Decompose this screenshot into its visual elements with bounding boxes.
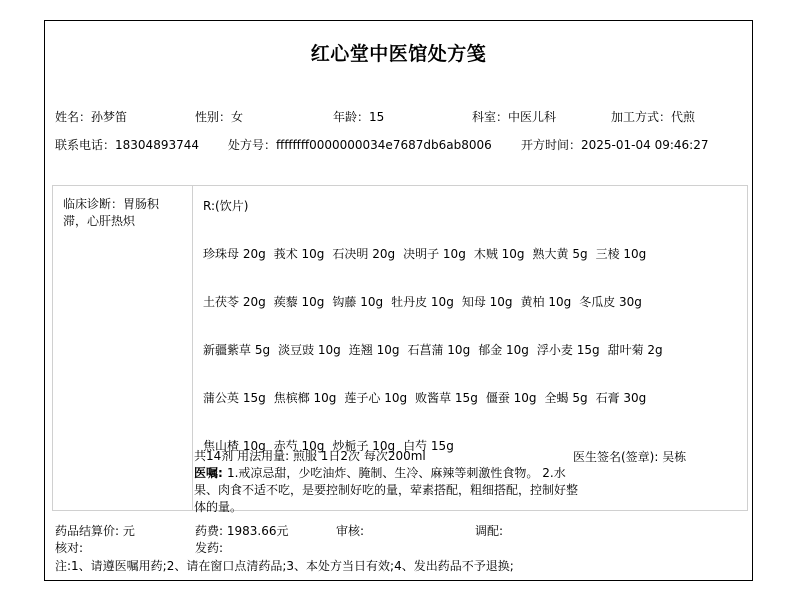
herb-item: 知母 10g [462, 294, 513, 310]
diagnosis-cell: 临床诊断：胃肠积滞，心肝热炽 [53, 186, 193, 510]
herb-item: 珍珠母 20g [203, 246, 266, 262]
patient-name: 姓名：孙梦笛 [55, 109, 127, 125]
herb-row-2: 土茯苓 20g蒺藜 10g钩藤 10g牡丹皮 10g知母 10g黄柏 10g冬瓜… [203, 294, 650, 310]
herb-item: 郁金 10g [478, 342, 529, 358]
herb-row-1: 珍珠母 20g莪术 10g石决明 20g决明子 10g木贼 10g熟大黄 5g三… [203, 246, 654, 262]
prescription-sheet: 红心堂中医馆处方笺 姓名：孙梦笛 性别：女 年龄：15 科室：中医儿科 加工方式… [44, 20, 753, 581]
herb-item: 石膏 30g [596, 390, 647, 406]
herb-item: 新疆紫草 5g [203, 342, 270, 358]
herb-item: 淡豆豉 10g [278, 342, 341, 358]
herb-item: 石菖蒲 10g [407, 342, 470, 358]
prescription-time: 开方时间：2025-01-04 09:46:27 [521, 137, 708, 153]
dispense-field: 调配: [475, 523, 503, 539]
herb-item: 全蝎 5g [545, 390, 588, 406]
herb-item: 黄柏 10g [521, 294, 572, 310]
drug-fee: 药费: 1983.66元 [195, 523, 288, 539]
herb-item: 僵蚕 10g [486, 390, 537, 406]
herb-item: 钩藤 10g [332, 294, 383, 310]
herb-item: 甜叶菊 2g [608, 342, 663, 358]
patient-gender: 性别：女 [195, 109, 243, 125]
herb-item: 木贼 10g [474, 246, 525, 262]
usage-dosage: 共14剂 用法用量: 煎服 1日2次 每次200ml [194, 448, 594, 465]
process-method: 加工方式：代煎 [611, 109, 695, 125]
herb-item: 蒺藜 10g [274, 294, 325, 310]
settlement-price: 药品结算价: 元 [55, 523, 135, 539]
footer-note: 注:1、请遵医嘱用药;2、请在窗口点清药品;3、本处方当日有效;4、发出药品不予… [55, 558, 514, 574]
herb-item: 石决明 20g [332, 246, 395, 262]
herb-item: 决明子 10g [403, 246, 466, 262]
prescription-box: 临床诊断：胃肠积滞，心肝热炽 R:(饮片) 珍珠母 20g莪术 10g石决明 2… [52, 185, 748, 511]
herb-item: 牡丹皮 10g [391, 294, 454, 310]
footer-row-2: 核对: 发药: [55, 540, 745, 556]
phone: 联系电话：18304893744 [55, 137, 199, 153]
prescription-content: R:(饮片) 珍珠母 20g莪术 10g石决明 20g决明子 10g木贼 10g… [203, 198, 741, 214]
herb-item: 莲子心 10g [344, 390, 407, 406]
doctor-signature: 医生签名(签章): 吴栋 [573, 448, 686, 465]
footer-row-1: 药品结算价: 元 药费: 1983.66元 审核: 调配: [55, 523, 745, 539]
herb-item: 熟大黄 5g [533, 246, 588, 262]
diagnosis-label: 临床诊断： [63, 197, 123, 211]
herb-row-4: 蒲公英 15g焦槟榔 10g莲子心 10g败酱草 15g僵蚕 10g全蝎 5g石… [203, 390, 654, 406]
rx-header: R:(饮片) [203, 198, 741, 214]
prescription-number: 处方号：ffffffff0000000034e7687db6ab8006 [228, 137, 492, 153]
herb-item: 败酱草 15g [415, 390, 478, 406]
page-title: 红心堂中医馆处方笺 [45, 39, 752, 66]
herb-item: 连翘 10g [349, 342, 400, 358]
issue-field: 发药: [195, 540, 223, 556]
patient-info-row-2: 联系电话：18304893744 处方号：ffffffff0000000034e… [55, 137, 745, 153]
patient-age: 年龄：15 [333, 109, 384, 125]
review-field: 审核: [336, 523, 364, 539]
herb-item: 三棱 10g [596, 246, 647, 262]
herb-item: 蒲公英 15g [203, 390, 266, 406]
herb-item: 焦槟榔 10g [274, 390, 337, 406]
department: 科室：中医儿科 [472, 109, 556, 125]
herb-item: 冬瓜皮 30g [579, 294, 642, 310]
check-field: 核对: [55, 540, 83, 556]
herb-item: 莪术 10g [274, 246, 325, 262]
herb-item: 浮小麦 15g [537, 342, 600, 358]
herb-row-3: 新疆紫草 5g淡豆豉 10g连翘 10g石菖蒲 10g郁金 10g浮小麦 15g… [203, 342, 671, 358]
medical-advice: 医嘱: 1.戒凉忌甜，少吃油炸、腌制、生冷、麻辣等刺激性食物。 2.水果、肉食不… [194, 465, 586, 516]
herb-item: 土茯苓 20g [203, 294, 266, 310]
patient-info-row-1: 姓名：孙梦笛 性别：女 年龄：15 科室：中医儿科 加工方式：代煎 [55, 109, 745, 125]
